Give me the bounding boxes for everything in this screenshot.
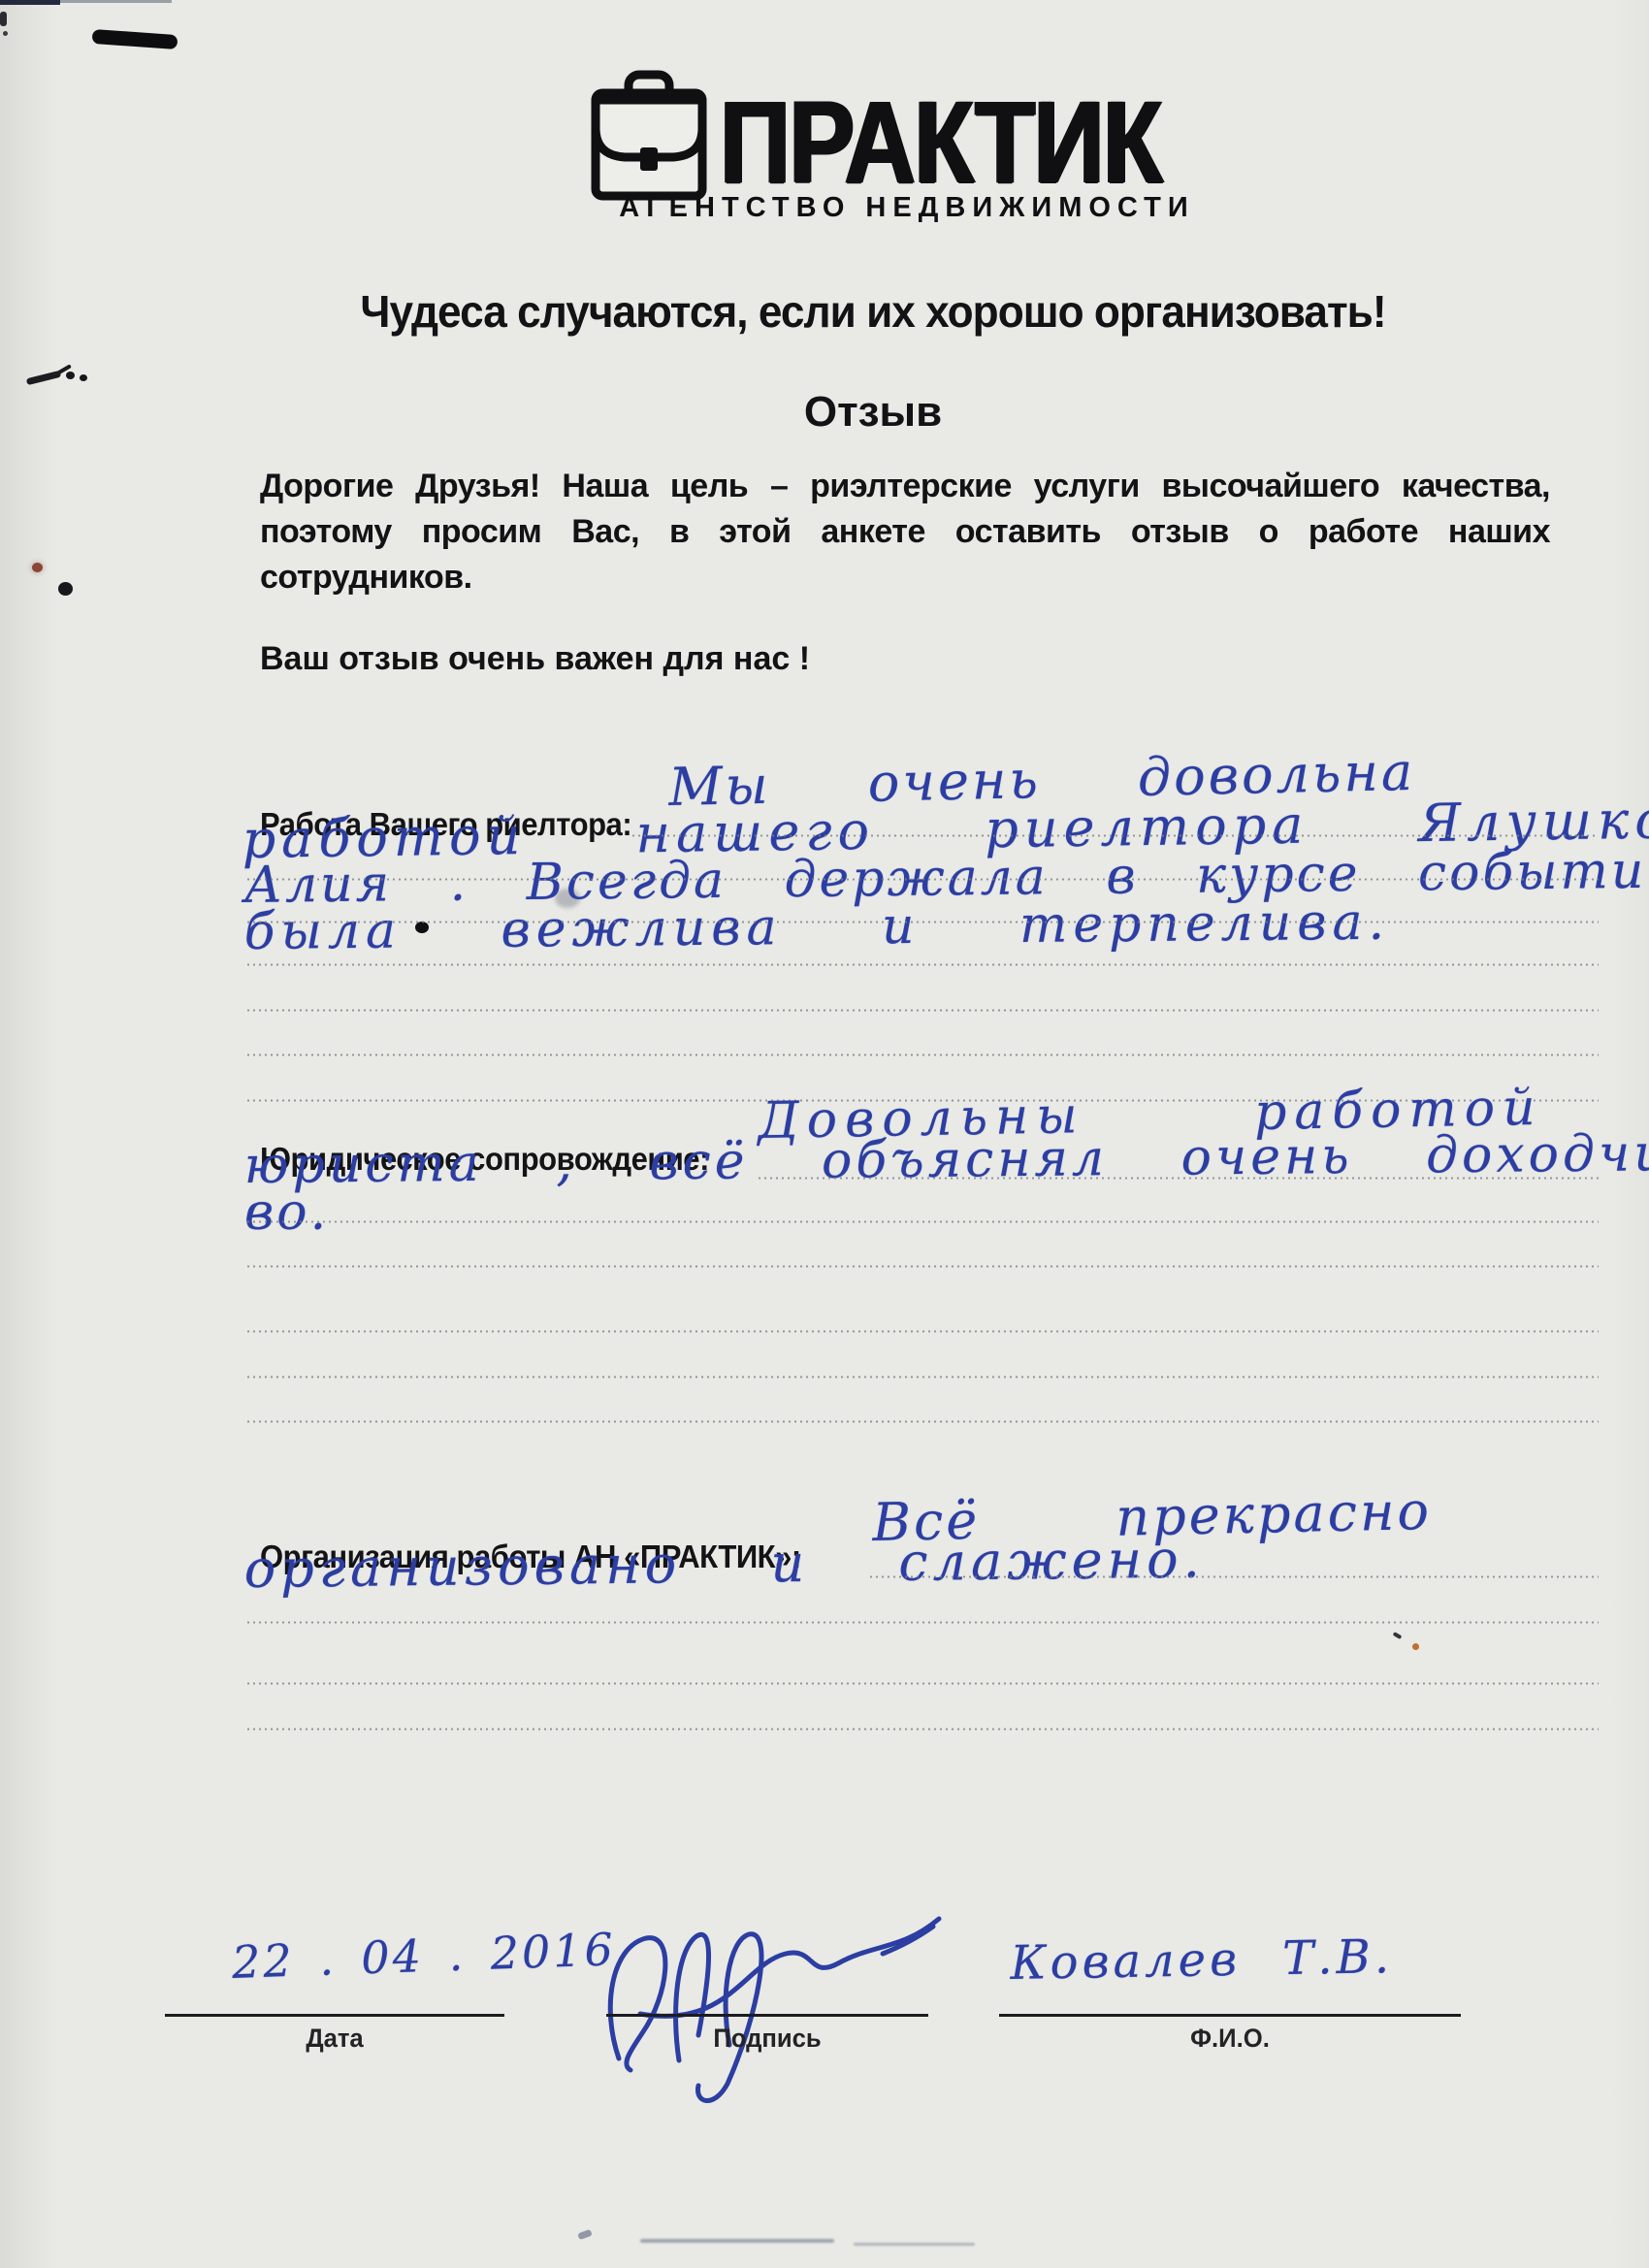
ruled-dotted-line [757, 1177, 1599, 1180]
scanner-edge-artifact [60, 0, 172, 3]
ruled-dotted-line [245, 878, 1599, 881]
scanner-smudge [640, 2239, 834, 2243]
headline: Чудеса случаются, если их хорошо организ… [221, 285, 1525, 338]
ink-dot-red [32, 563, 43, 572]
date-line [165, 2014, 504, 2017]
handwritten-date: 22 . 04 . 2016 [231, 1923, 617, 1989]
ruled-dotted-line [245, 1220, 1599, 1223]
ruled-dotted-line [245, 1420, 1599, 1423]
ruled-dotted-line [245, 1621, 1599, 1624]
agency-logo: ПРАКТИК АГЕНТСТВО НЕДВИЖИМОСТИ [582, 68, 1251, 233]
signature-scribble [582, 1894, 970, 2117]
ruled-dotted-line [245, 921, 1599, 923]
ink-dot-orange [1412, 1643, 1419, 1650]
ink-dot [66, 372, 75, 379]
name-label: Ф.И.О. [1011, 2024, 1449, 2054]
briefcase-icon [590, 70, 708, 202]
ruled-dotted-line [630, 834, 1599, 837]
handwritten-name: Ковалев Т.В. [1010, 1929, 1393, 1991]
ink-dot [58, 582, 73, 596]
brand-title: ПРАКТИК [720, 83, 1161, 201]
ruled-dotted-line [245, 1728, 1599, 1731]
handwritten-answer-line: во. [244, 1183, 329, 1242]
ruled-dotted-line [245, 1376, 1599, 1378]
ink-streak [92, 29, 178, 49]
form-title: Отзыв [194, 388, 1552, 437]
pen-tick [1393, 1632, 1403, 1639]
ruled-dotted-line [245, 1330, 1599, 1333]
brand-subtitle: АГЕНТСТВО НЕДВИЖИМОСТИ [582, 192, 1232, 224]
signature-line [606, 2014, 928, 2017]
note-line: Ваш отзыв очень важен для нас ! [260, 640, 810, 678]
scanner-edge-artifact [0, 0, 60, 5]
signature-label: Подпись [614, 2024, 920, 2054]
ruled-dotted-line [868, 1575, 1599, 1578]
intro-paragraph: Дорогие Друзья! Наша цель – риэлтерские … [260, 464, 1550, 600]
ruled-dotted-line [245, 1682, 1599, 1685]
ruled-dotted-line [245, 1265, 1599, 1268]
scanned-feedback-form: ПРАКТИК АГЕНТСТВО НЕДВИЖИМОСТИ Чудеса сл… [0, 0, 1649, 2268]
ink-speck [0, 12, 7, 26]
handwritten-answer-line: юриста , всё объяснял очень доходчи- [243, 1124, 1649, 1195]
date-label: Дата [174, 2024, 497, 2054]
handwritten-answer-line: организовано и слажено. [243, 1529, 1205, 1600]
ruled-dotted-line [245, 1009, 1599, 1012]
ruled-dotted-line [245, 963, 1599, 966]
scanner-smudge [854, 2243, 975, 2246]
ruled-dotted-line [245, 1053, 1599, 1056]
scanner-smudge [577, 2229, 593, 2240]
ink-speck [3, 31, 8, 36]
handwritten-answer-line: была вежлива и терпелива. [243, 893, 1390, 961]
name-line [999, 2014, 1461, 2017]
ink-dot [80, 374, 87, 381]
